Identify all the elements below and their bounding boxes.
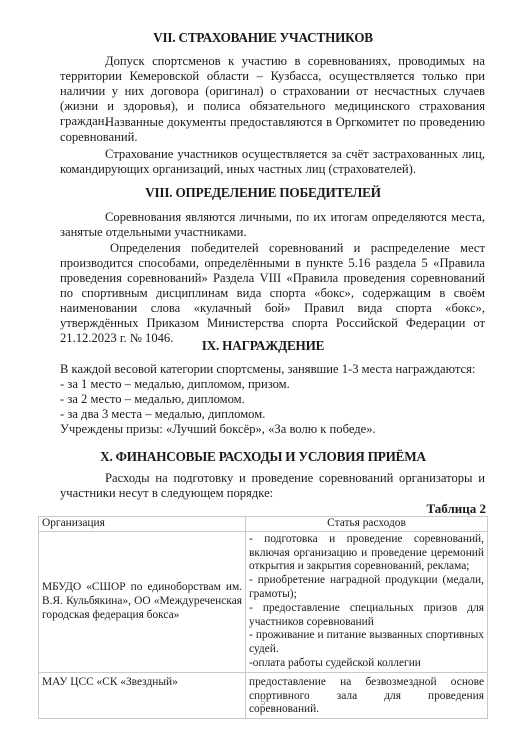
award-line-2: - за 2 место – медалью, дипломом. bbox=[60, 392, 485, 407]
section-7-paragraph-2: Названные документы предоставляются в Ор… bbox=[60, 115, 485, 145]
award-prizes: Учреждены призы: «Лучший боксёр», «За во… bbox=[60, 422, 485, 437]
table-caption: Таблица 2 bbox=[426, 501, 486, 517]
expense-item: - проживание и питание вызванных спортив… bbox=[249, 629, 484, 657]
expense-cell: - подготовка и проведение соревнований, … bbox=[246, 531, 488, 672]
header-expense-item: Статья расходов bbox=[246, 517, 488, 532]
expense-item: - предоставление специальных призов для … bbox=[249, 602, 484, 630]
section-8-paragraph-1: Соревнования являются личными, по их ито… bbox=[60, 210, 485, 240]
header-organization: Организация bbox=[39, 517, 246, 532]
section-8-paragraph-2: Определения победителей соревнований и р… bbox=[60, 241, 485, 346]
awards-intro: В каждой весовой категории спортсмены, з… bbox=[60, 362, 485, 377]
section-7-paragraph-3: Страхование участников осуществляется за… bbox=[60, 147, 485, 177]
organization-cell: МБУДО «СШОР по единоборствам им. В.Я. Ку… bbox=[39, 531, 246, 672]
section-7-title: VII. СТРАХОВАНИЕ УЧАСТНИКОВ bbox=[0, 30, 526, 46]
table-row: МАУ ЦСС «СК «Звездный» предоставление на… bbox=[39, 672, 488, 718]
expense-cell: предоставление на безвозмездной основе с… bbox=[246, 672, 488, 718]
expense-item: - приобретение наградной продукции (меда… bbox=[249, 574, 484, 602]
table-header-row: Организация Статья расходов bbox=[39, 517, 488, 532]
section-10-paragraph-1: Расходы на подготовку и проведение сорев… bbox=[60, 471, 485, 501]
organization-cell: МАУ ЦСС «СК «Звездный» bbox=[39, 672, 246, 718]
expense-item: -оплата работы судейской коллегии bbox=[249, 657, 484, 671]
section-8-title: VIII. ОПРЕДЕЛЕНИЕ ПОБЕДИТЕЛЕЙ bbox=[0, 185, 526, 201]
expense-item: - подготовка и проведение соревнований, … bbox=[249, 533, 484, 574]
award-line-1: - за 1 место – медалью, дипломом, призом… bbox=[60, 377, 485, 392]
document-page: VII. СТРАХОВАНИЕ УЧАСТНИКОВ Допуск спорт… bbox=[0, 0, 526, 730]
expenses-table: Организация Статья расходов МБУДО «СШОР … bbox=[38, 516, 488, 719]
award-line-3: - за два 3 места – медалью, дипломом. bbox=[60, 407, 485, 422]
section-9-title: IX. НАГРАЖДЕНИЕ bbox=[0, 338, 526, 354]
section-10-title: X. ФИНАНСОВЫЕ РАСХОДЫ И УСЛОВИЯ ПРИЁМА bbox=[0, 449, 526, 465]
page-number: 5 bbox=[0, 697, 526, 707]
table-row: МБУДО «СШОР по единоборствам им. В.Я. Ку… bbox=[39, 531, 488, 672]
